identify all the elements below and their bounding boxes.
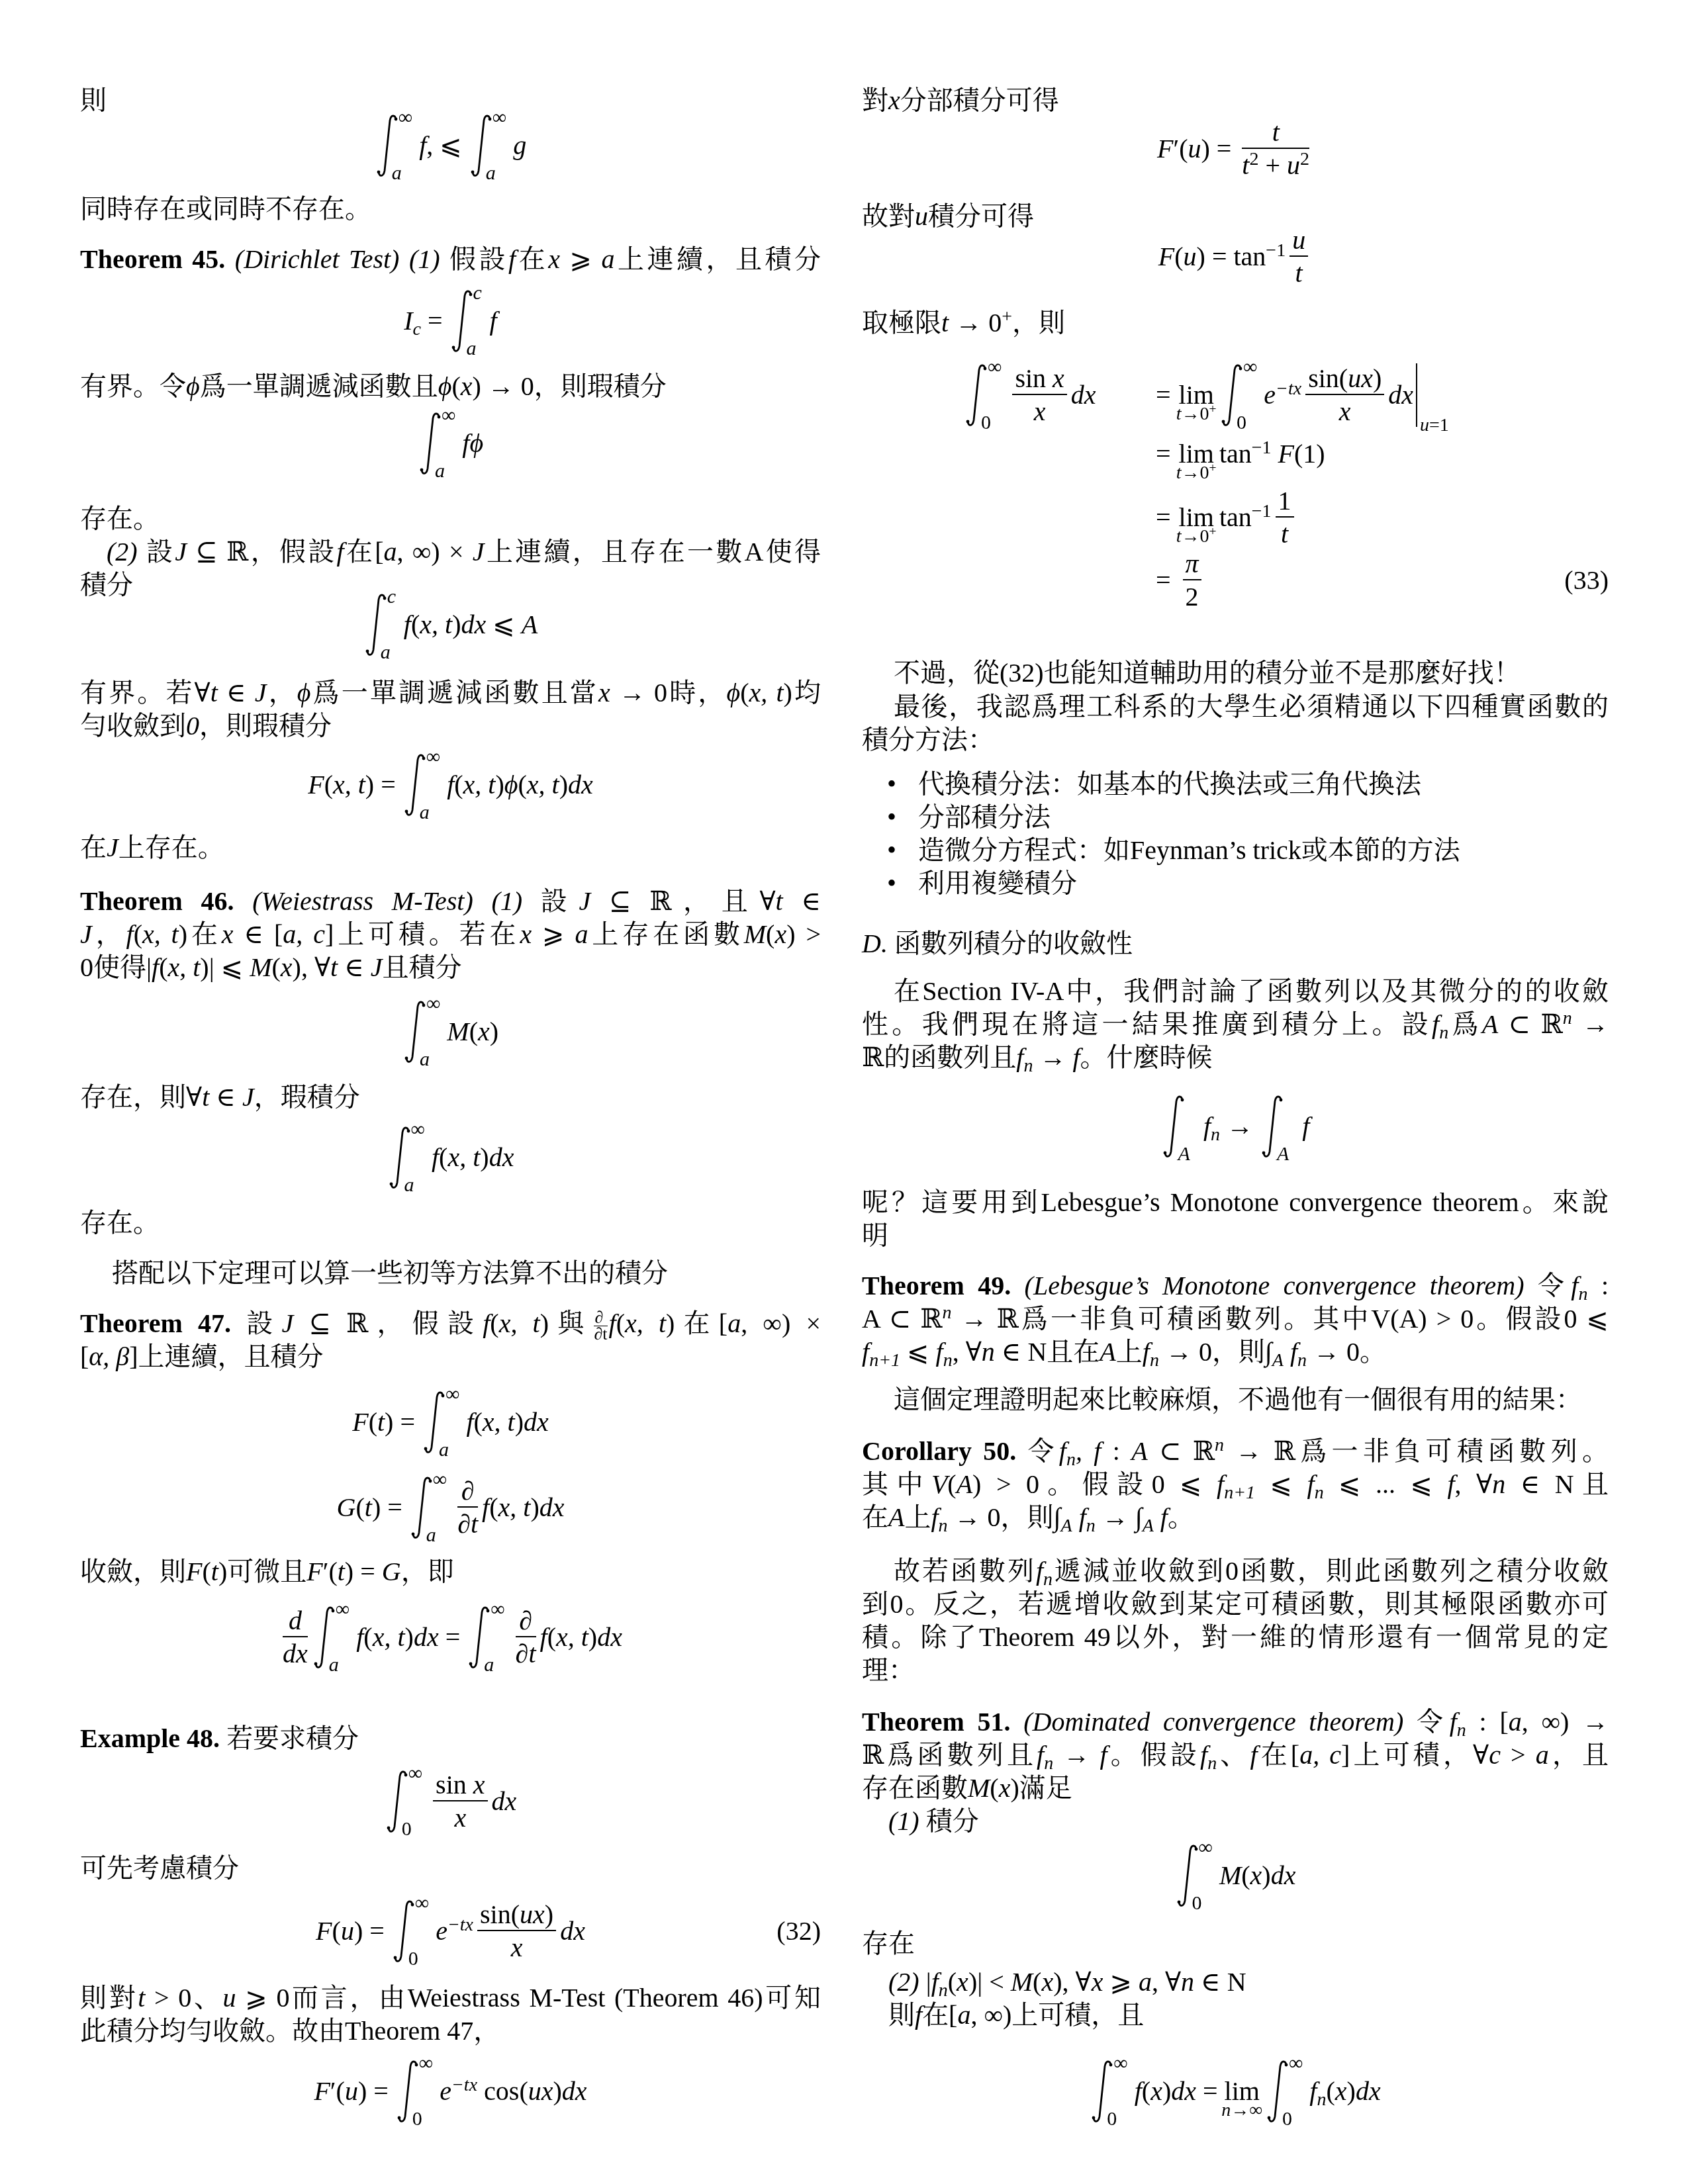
text-run: ∞ (426, 746, 440, 768)
expression: tan−1 (1219, 501, 1272, 534)
text-run: u (1420, 415, 1429, 435)
text-run (225, 244, 235, 274)
text-run: → ℝ爲一非負可積函數列。其中V(A) > 0。假設0 ⩽ (952, 1304, 1609, 1334)
text-run: f (1203, 1111, 1211, 1141)
text-run: f (126, 919, 134, 949)
text-run: ( (1326, 2076, 1335, 2106)
text-run: dx (414, 1622, 439, 1652)
theorem-45-heading: Theorem 45. (Dirichlet Test) (1) 假設f在x ⩾… (80, 243, 821, 276)
integral: ∞0 (1178, 1844, 1213, 1907)
text-run: 0 (412, 2108, 422, 2130)
text-run: ( (740, 678, 749, 707)
text-run: D. (862, 929, 888, 958)
theorem-51-conclusion: 則f在[a, ∞)上可積，且 (862, 1999, 1609, 2032)
theorem-51-heading: Theorem 51. (Dominated convergence theor… (862, 1706, 1609, 1739)
text-run: F (308, 770, 324, 799)
lower-limit: a (329, 1655, 343, 1675)
text-run: f (1016, 1042, 1023, 1072)
text-run: a (329, 1654, 339, 1676)
theorem-49-heading: Theorem 49. (Lebesgue’s Monotone converg… (862, 1269, 1609, 1302)
text-run: ∂ (457, 1509, 471, 1539)
bullet-icon: • (887, 768, 896, 801)
document-page: 則 ∞a f, ⩽ ∞a g 同時存在或同時不存在。 Theorem 45. (… (0, 0, 1688, 2184)
text-run: ) (1347, 2076, 1356, 2106)
text-run (1154, 1502, 1160, 1532)
text-line-hence-1: 故若函數列fn遞減並收斂到0函數，則此函數列之積分收斂 (862, 1555, 1609, 1588)
fraction: ∂∂t (516, 1606, 536, 1669)
text-run: t (776, 886, 783, 916)
equals-sign: = (1156, 437, 1171, 471)
integral-limits: ∞a (426, 747, 440, 823)
integrand: f(x, t)dx (540, 1621, 622, 1654)
upper-limit: ∞ (1113, 2054, 1127, 2073)
text-run: 在[ (1258, 1740, 1300, 1770)
equation-f-integral: ∞a f(x, t)dx (80, 1111, 821, 1204)
equation-F-prime-result: F′(u) = tt2 + u2 (862, 103, 1609, 195)
text-run: ∞ (426, 993, 440, 1015)
integrand: fn(x)dx (1309, 2075, 1380, 2108)
text-run: dx (560, 1916, 585, 1946)
text-run: f (1079, 1502, 1086, 1532)
equation-leibniz-rule: ddx ∞a f(x, t)dx = ∞a ∂∂t f(x, t)dx (80, 1591, 821, 1684)
text-run: −tx (451, 2075, 477, 2095)
exponential-factor: e−tx (1264, 379, 1301, 412)
text-run: ) = (345, 1557, 382, 1586)
text-run: 可先考慮積分 (80, 1853, 239, 1883)
text-run: 上存在。 (118, 833, 224, 862)
text-run: ) (1262, 1860, 1270, 1890)
text-run: f (1160, 1502, 1168, 1532)
text-run: dx (489, 1142, 514, 1172)
text-run: n (1492, 1469, 1505, 1499)
text-run: ( (490, 1308, 498, 1338)
text-run: ) (1162, 2076, 1171, 2106)
text-run: ∈ (209, 1082, 242, 1112)
lower-limit: 0 (1282, 2109, 1296, 2129)
equation-33-lhs: ∞0 sin xx dx (964, 349, 1096, 441)
integral: ∞a (390, 1126, 425, 1189)
text-run: f (466, 1407, 473, 1437)
integral-limits: ∞a (399, 108, 412, 183)
lower-limit: a (426, 1525, 440, 1545)
text-run: → (1572, 1009, 1609, 1039)
text-run: n (1297, 1350, 1307, 1371)
integral-limits: ∞0 (419, 2054, 433, 2129)
text-run: n (939, 1980, 948, 2001)
text-run: → (1220, 1111, 1260, 1141)
text-run: J (281, 1308, 293, 1338)
text-run: 收斂，則 (80, 1557, 186, 1586)
text-run: t (138, 1983, 145, 2013)
text-run: a (426, 1524, 436, 1546)
text-run: n (1023, 1056, 1033, 1076)
text-run: 上 (904, 1502, 931, 1532)
text-run: ( (616, 1308, 625, 1338)
text-run: ) (515, 1407, 524, 1437)
text-run: J (242, 1082, 254, 1112)
text-run: ) = (358, 2076, 395, 2106)
theorem-51-line-3: 存在函數M(x)滿足 (862, 1772, 1609, 1805)
upper-limit: ∞ (1243, 357, 1257, 377)
text-run: A (1482, 1009, 1498, 1039)
numerator: sin(ux) (1305, 363, 1384, 395)
text-run: c (387, 586, 396, 608)
text-run: f (1447, 1469, 1454, 1499)
equation-dominated-convergence: ∞0 f(x)dx = limn→∞ ∞0 fn(x)dx (862, 2045, 1609, 2138)
text-run: , ∀ (953, 1337, 982, 1367)
equation-lhs: F(t) = (352, 1406, 422, 1439)
text-run: n (1215, 1435, 1224, 1455)
text-run: + (1209, 525, 1217, 539)
text-run: 0 (402, 1818, 412, 1840)
lower-limit: 0 (1107, 2109, 1121, 2129)
text-run: ( (1241, 1860, 1250, 1890)
text-run: Corollary 50. (862, 1436, 1016, 1466)
text-run: ( (159, 952, 167, 982)
text-run: ( (547, 1622, 556, 1652)
text-run: = (421, 306, 449, 336)
text-run (1284, 1337, 1290, 1367)
text-run: ，則瑕積分 (199, 711, 332, 741)
integral: ∞a (469, 1606, 504, 1669)
text-run: n (1043, 1569, 1053, 1590)
corollary-50-line-2: 其中V(A) > 0。假設0 ⩽ fn+1 ⩽ fn ⩽ ... ⩽ f, ∀n… (862, 1468, 1609, 1501)
text-run: ， (92, 919, 126, 949)
text-run: ∞ (442, 404, 455, 426)
text-run: 不過，從(32)也能知道輔助用的積分並不是那麼好找！ (894, 658, 1521, 688)
integral-limits: ca (387, 587, 397, 662)
text-run: A (1143, 1516, 1154, 1536)
text-run: x (957, 1967, 968, 1997)
integral: ∞a (412, 1476, 447, 1539)
text-run: A (522, 610, 538, 639)
integral-limits: ∞a (442, 406, 455, 481)
limit: limt→0+ (1179, 501, 1214, 534)
limit: limt→0+ (1179, 437, 1214, 471)
text-run: ( (202, 1557, 211, 1586)
upper-limit: c (387, 587, 397, 607)
lower-limit: a (381, 643, 391, 662)
integral: ∞0 (1092, 2060, 1127, 2123)
text-run: n (1207, 1753, 1217, 1774)
text-run: f (540, 1622, 547, 1652)
text-run: F (352, 1407, 368, 1437)
text-run: 2 (1249, 149, 1258, 169)
text-run: x, t (420, 610, 452, 639)
text-run: 積。除了Theorem 49以外，對一維的情形還有一個常見的定 (862, 1622, 1609, 1652)
text-run: A (888, 1502, 904, 1532)
text-run: ) (1373, 363, 1382, 393)
text-run: x (454, 1803, 466, 1833)
text-run: f (432, 1142, 439, 1172)
equation-33-row-4: = π2 (1156, 534, 1205, 627)
text-run: f (1036, 1556, 1043, 1586)
bullet-icon: • (887, 801, 896, 834)
text-run: ) > (786, 919, 821, 949)
text-run: x, t (556, 1622, 588, 1652)
equation-number-33: (33) (1476, 564, 1609, 597)
text-run: ，且 (1549, 1740, 1609, 1770)
integral-limits: ∞0 (988, 357, 1002, 433)
upper-limit: ∞ (988, 357, 1002, 377)
text-run: J (371, 952, 383, 982)
equation-lhs: Ic = (404, 304, 449, 338)
list-item: •造微分方程式：如Feynman’s trick或本節的方法 (862, 834, 1609, 867)
upper-limit: ∞ (408, 1764, 422, 1784)
text-run: π (1186, 549, 1199, 578)
text-run: 0 (1282, 2108, 1292, 2130)
fraction: 1t (1276, 486, 1294, 549)
text-run: f (1307, 1469, 1315, 1499)
text-run: ( (439, 1142, 447, 1172)
text-run: ) > 0。假設0 ⩽ (972, 1469, 1217, 1499)
text-run: −tx (447, 1915, 473, 1935)
text-line-exists: 存在。 (80, 502, 821, 535)
text-run: ( (363, 1622, 372, 1652)
theorem-47-heading: Theorem 47. 設J ⊆ ℝ，假設f(x, t)與∂∂tf(x, t)在… (80, 1307, 821, 1340)
text-run: t (211, 678, 218, 707)
text-run: t (211, 1557, 218, 1586)
text-run: x (548, 244, 560, 274)
differential: dx (492, 1785, 517, 1818)
lower-limit: 0 (981, 413, 995, 433)
text-run: f (1571, 1271, 1578, 1300)
text-run: ( (489, 1492, 498, 1522)
text-run: 造微分方程式：如Feynman’s trick或本節的方法 (918, 835, 1460, 865)
text-run: ∈ (783, 886, 821, 916)
list-item-text: 利用複變積分 (918, 867, 1077, 900)
text-run: ⩽ (1255, 1469, 1307, 1499)
text-run: n (1317, 2089, 1326, 2110)
text-run: n (1181, 1967, 1194, 1997)
section-d-line-2: 性。我們現在將這一結果推廣到積分上。設fn爲A ⊂ ℝn → (862, 1008, 1609, 1041)
upper-limit: ∞ (442, 406, 455, 426)
numerator: π (1183, 549, 1201, 580)
integral: ca (452, 289, 483, 353)
denominator: 2 (1183, 580, 1201, 612)
text-run: ( (469, 1017, 478, 1046)
text-run: (2) (888, 1967, 919, 1997)
text-run: , ∞) × (741, 1308, 821, 1338)
text-line-exists-2: 存在。 (80, 1206, 821, 1240)
text-run: ℝ爲函數列且 (862, 1740, 1037, 1770)
text-run: x, t (142, 919, 179, 949)
text-run: 0使得| (80, 952, 152, 982)
denominator: ∂t (516, 1637, 536, 1669)
text-run: ∞ (491, 1598, 504, 1620)
text-run (1011, 1271, 1024, 1300)
text-run: M (744, 919, 766, 949)
text-run: a (957, 2000, 970, 2030)
text-run: ϕ (726, 678, 740, 707)
text-run: f (1037, 1740, 1044, 1770)
text-run: ∈ N且 (1505, 1469, 1609, 1499)
fraction: ut (1289, 225, 1308, 289)
equation-M-integral: ∞a M(x) (80, 985, 821, 1078)
integrand: fn → (1203, 1110, 1260, 1143)
text-run: −1 (1252, 437, 1272, 458)
text-run: )滿足 (1010, 1773, 1072, 1803)
text-run: sin( (1308, 363, 1348, 393)
theorem-45-part-2-line-1: (2) 設J ⊆ ℝ，假設f在[a, ∞) × J上連續，且存在一數A使得 (80, 535, 821, 569)
upper-limit: ∞ (1199, 1838, 1213, 1858)
text-run: n (1044, 1753, 1053, 1774)
text-run: F (1157, 134, 1173, 163)
integral: ∞a (405, 753, 440, 817)
text-run: ( (947, 1469, 956, 1499)
text-run: d (289, 1606, 302, 1635)
text-run: n (1221, 2100, 1231, 2120)
text-run: 明 (862, 1220, 888, 1250)
section-d-line-3: ℝ的函數列且fn → f。什麼時候 (862, 1041, 1609, 1074)
text-run: ∞ (411, 1118, 425, 1140)
text-run: u (1188, 134, 1201, 163)
integral: ∞a (377, 114, 412, 177)
text-run: Theorem 51. (862, 1707, 1011, 1737)
text-run: 爲一單調遞減函數且當 (310, 678, 598, 707)
text-run: | (919, 1967, 931, 1997)
text-run: J (255, 678, 267, 707)
text-run: ) (530, 1492, 539, 1522)
integral-limits: ∞a (426, 994, 440, 1069)
text-run: dx (461, 610, 486, 639)
text-run: 0 (981, 412, 991, 433)
text-run: ]上可積，∀ (1341, 1740, 1489, 1770)
text-run: )均 (784, 678, 821, 707)
text-run: −tx (1276, 379, 1301, 399)
denominator: t (1289, 257, 1308, 289)
lower-limit: 0 (408, 1949, 422, 1969)
text-run: 設 (138, 537, 175, 567)
text-run: ∞ (1243, 356, 1257, 378)
text-run: ∈ (218, 678, 255, 707)
text-run: ( (454, 770, 463, 799)
text-run: , ∀ (1455, 1469, 1493, 1499)
theorem-45-part-2-line-4: 勻收斂到0，則瑕積分 (80, 709, 821, 743)
text-run: x (1335, 2076, 1347, 2106)
text-run: =1 (1429, 415, 1449, 435)
text-run: → (1033, 1042, 1072, 1072)
text-run: 同時存在或同時不存在。 (80, 194, 371, 224)
text-run: → 0時， (610, 678, 727, 707)
example-48-line-3: 則對t > 0、u ⩾ 0而言，由Weiestrass M-Test (Theo… (80, 1981, 821, 2015)
text-run: ′( (1173, 134, 1188, 163)
text-run: f (915, 2000, 922, 2030)
text-run: x (598, 678, 610, 707)
text-run: (1) (1294, 439, 1325, 469)
text-run: → 0。 (1307, 1337, 1386, 1367)
text-run: 0 (186, 711, 199, 741)
text-run: n (1457, 1720, 1466, 1741)
text-run: , ∞) → (1522, 1707, 1609, 1737)
text-run: a (1509, 1707, 1522, 1737)
text-run: 利用複變積分 (918, 868, 1077, 898)
text-run: a, c (283, 919, 325, 949)
integral-limits: ∞0 (415, 1893, 429, 1969)
text-run: ∞ (1199, 1837, 1213, 1858)
text-run: dx (562, 2076, 587, 2106)
text-run: x (1339, 396, 1351, 426)
equation-F-arctan: F(u) = tan−1 ut (862, 210, 1609, 303)
integral-limits: ∞0 (1113, 2054, 1127, 2129)
text-run: x, t (625, 1308, 666, 1338)
numerator: sin x (433, 1770, 487, 1801)
text-run: M (447, 1017, 469, 1046)
lower-limit: 0 (402, 1819, 416, 1839)
numerator: 1 (1276, 486, 1294, 518)
lower-limit: a (420, 1050, 434, 1069)
text-run: ϕ (504, 770, 518, 799)
equation-ic: Ic = ca f (80, 275, 821, 367)
theorem-49-line-2: A ⊂ ℝn → ℝ爲一非負可積函數列。其中V(A) > 0。假設0 ⩽ (862, 1302, 1609, 1336)
text-run: ⩾ (560, 244, 602, 274)
text-run: f (1100, 1740, 1107, 1770)
text-run: a (435, 460, 445, 482)
text-run: n (1086, 1516, 1096, 1536)
text-run: x, t (447, 1142, 480, 1172)
text-run: > (1501, 1740, 1536, 1770)
text-run: , ∞)上可積，且 (970, 2000, 1144, 2030)
upper-limit: ∞ (491, 1600, 504, 1619)
integral: ∞a (424, 1390, 459, 1454)
text-run: 此積分均勻收斂。故由Theorem 47， (80, 2016, 500, 2046)
text-run: ∞ (419, 2052, 433, 2074)
theorem-45-part-2-line-5: 在J上存在。 (80, 831, 821, 864)
text-run: 設 (231, 1308, 281, 1338)
text-run: ) (495, 770, 504, 799)
text-run: (2) (107, 537, 138, 567)
list-item: •利用複變積分 (862, 867, 1609, 900)
upper-limit: ∞ (399, 108, 412, 128)
theorem-51-condition-2: (2) |fn(x)| < M(x), ∀x ⩾ a, ∀n ∈ N (862, 1966, 1609, 1999)
text-run: x (473, 1770, 485, 1799)
numerator: d (283, 1606, 308, 1637)
text-run: ( (355, 1492, 364, 1522)
numerator: u (1289, 225, 1308, 257)
text-run: 性。我們現在將這一結果推廣到積分上。設 (862, 1009, 1432, 1039)
text-run: ⊆ ℝ，假設 (293, 1308, 483, 1338)
text-run: f (447, 770, 454, 799)
text-run: 其中 (862, 1469, 931, 1499)
integral: ∞0 (394, 1899, 429, 1963)
text-run: ( (1033, 1967, 1041, 1997)
denominator: t (1276, 518, 1294, 549)
text-run: 呢？這要用到Lebesgue’s Monotone convergence th… (862, 1187, 1609, 1217)
text-run: a (392, 162, 402, 184)
text-run: dx (568, 770, 593, 799)
text-run: cos( (477, 2076, 528, 2106)
text-run: 2 (1300, 149, 1309, 169)
text-run: x (1053, 363, 1064, 393)
text-run: n (943, 1302, 952, 1323)
text-run: ∞ (433, 1469, 447, 1490)
text-run: G (337, 1492, 356, 1522)
text-line-hence-4: 理： (862, 1654, 1609, 1687)
text-run: ) (490, 1017, 498, 1046)
lower-limit: a (392, 163, 406, 183)
text-line-hence-3: 積。除了Theorem 49以外，對一維的情形還有一個常見的定 (862, 1621, 1609, 1654)
text-run: dx (492, 1786, 517, 1816)
text-run: )| < (968, 1967, 1011, 1997)
text-run: 存在 (862, 1929, 915, 1958)
text-run: , ∀ (1152, 1967, 1181, 1997)
evaluation-bar: u=1 (1416, 363, 1417, 427)
text-run: 函數列積分的收斂性 (888, 929, 1133, 958)
text-run: n (1211, 1124, 1220, 1145)
upper-limit: ∞ (433, 1470, 447, 1490)
lower-limit: a (486, 163, 500, 183)
text-run: ∞ (1289, 2052, 1303, 2074)
